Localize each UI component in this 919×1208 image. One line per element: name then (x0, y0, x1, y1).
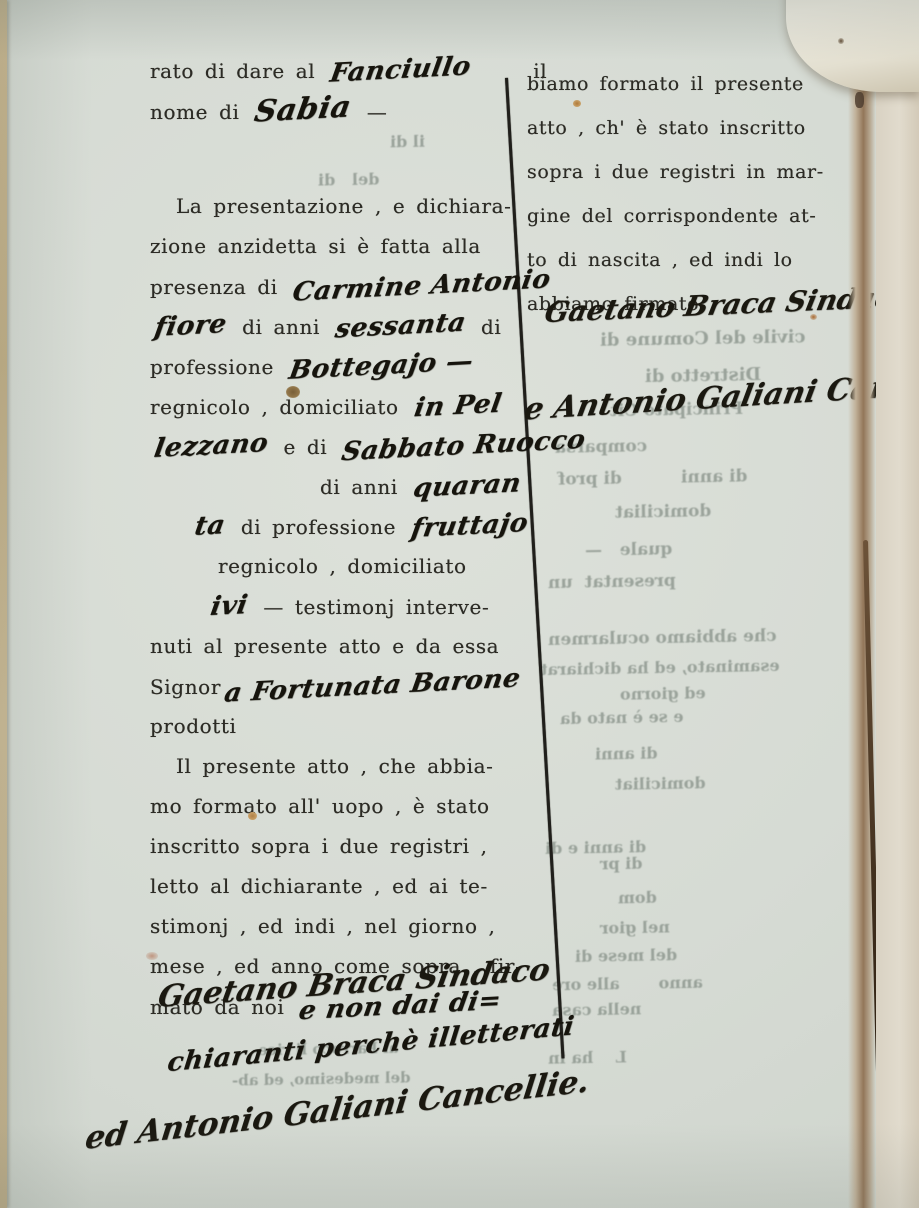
printed-text: biamo formato il presente (527, 73, 804, 95)
text-line: nome di Sabia — (150, 90, 512, 130)
bleedthrough-text: di anni di prof (558, 466, 748, 489)
handwritten-entry: ivi (208, 585, 251, 627)
printed-text: regnicolo , domiciliato (150, 395, 410, 419)
text-line: atto , ch' è stato inscritto (527, 106, 817, 150)
printed-text: Il presente atto , che abbia- (176, 754, 493, 778)
printed-text: sopra i due registri in mar- (527, 161, 824, 183)
left-column: rato di dare al Fanciulloilnome di Sabia… (150, 50, 512, 1066)
handwritten-entry: quaran (410, 463, 524, 509)
bleedthrough-text: anno alle ore (552, 973, 703, 995)
handwritten-entry: Sabia (252, 88, 355, 133)
text-line: fiore di anni sessanta di (150, 306, 512, 346)
gutter-crease (848, 0, 876, 1208)
handwritten-entry: in Pel (411, 384, 504, 428)
text-line: mo formato all' uopo , è stato (150, 786, 512, 826)
printed-text: prodotti (150, 714, 237, 738)
printed-text: La presentazione , e dichiara- (176, 194, 512, 218)
text-line: to di nascita , ed indi lo (527, 238, 817, 282)
handwritten-entry: Sabbato Ruocco (339, 420, 589, 473)
printed-text: stimonj , ed indi , nel giorno , (150, 914, 496, 938)
text-line: zione anzidetta si è fatta alla (150, 226, 512, 266)
printed-text: inscritto sopra i due registri , (150, 834, 488, 858)
bleedthrough-text: domiciliat (615, 773, 706, 794)
text-line: nuti al presente atto e da essa (150, 626, 512, 666)
text-line: professione Bottegajo — (150, 346, 512, 386)
bleedthrough-text: quale — (585, 539, 673, 561)
text-line: presenza di Carmine Antonio (150, 266, 512, 306)
text-line: ta di professione fruttajo (190, 506, 512, 546)
printed-text: regnicolo , domiciliato (218, 554, 467, 578)
text-line: regnicolo , domiciliato in Pel (150, 386, 512, 426)
handwritten-entry: fruttajo (408, 503, 531, 549)
register-page-photo: civile del Comune diDistretto diPrincipa… (0, 0, 919, 1208)
text-line: di anni quaran (320, 466, 512, 506)
handwritten-entry: Bottegajo — (286, 341, 476, 390)
text-line: sopra i due registri in mar- (527, 150, 817, 194)
bleedthrough-text: e se è nato da (560, 707, 684, 728)
printed-text: professione (150, 355, 285, 379)
text-line: gine del corrispondente at- (527, 194, 817, 238)
handwritten-entry: a Fortunata Barone (221, 658, 523, 713)
printed-text: rato di dare al (150, 59, 326, 83)
bleedthrough-text: ed giorno (620, 683, 706, 703)
printed-text: nome di (150, 100, 250, 124)
handwritten-entry: fiore (151, 304, 229, 348)
printed-text: zione anzidetta si è fatta alla (150, 234, 481, 258)
bleedthrough-text: che abbiamo ocularmen (548, 626, 777, 650)
bleedthrough-text: presentat un (548, 571, 676, 593)
printed-text: e di (273, 435, 339, 459)
handwritten-entry: Fanciullo (327, 46, 474, 93)
handwritten-entry: lezzano (151, 423, 271, 469)
text-line: chiaranti perchè illetterati (163, 1019, 512, 1072)
text-line: lezzano e di Sabbato Ruocco (150, 426, 512, 466)
printed-text: Signor (150, 675, 221, 699)
text-line: ivi — testimonj interve- (206, 586, 512, 626)
printed-text: to di nascita , ed indi lo (527, 249, 793, 271)
printed-text: — testimonj interve- (252, 595, 489, 619)
printed-text: di professione (230, 515, 407, 539)
printed-text: di (470, 315, 501, 339)
printed-text: letto al dichiarante , ed ai te- (150, 874, 488, 898)
printed-text: nuti al presente atto e da essa (150, 634, 499, 658)
text-line: biamo formato il presente (527, 62, 817, 106)
printed-text: mo formato all' uopo , è stato (150, 794, 490, 818)
bleedthrough-text: del mese di (575, 945, 677, 966)
left-page-edge (0, 0, 7, 1208)
text-line: letto al dichiarante , ed ai te- (150, 866, 512, 906)
printed-text: — (356, 100, 388, 124)
bleedthrough-text: civile del Comune di (600, 326, 806, 351)
bleedthrough-text: nel gior (600, 917, 670, 937)
text-line: La presentazione , e dichiara- (150, 186, 512, 226)
text-line: inscritto sopra i due registri , (150, 826, 512, 866)
bleedthrough-text: esaminato, ed ha dichiarat (540, 656, 780, 679)
printed-text: presenza di (150, 275, 289, 299)
printed-text: atto , ch' è stato inscritto (527, 117, 806, 139)
text-line: regnicolo , domiciliato (218, 546, 512, 586)
text-line: rato di dare al Fanciulloil (150, 50, 512, 90)
text-line: Signora Fortunata Barone (150, 666, 512, 706)
printed-text: di anni (320, 475, 409, 499)
bleedthrough-text: domiciliat (615, 501, 712, 523)
bleedthrough-text: dom (618, 888, 657, 908)
next-page-edge (876, 0, 919, 1208)
bleedthrough-text: di anni (595, 743, 658, 763)
bleedthrough-text: di pr (600, 854, 643, 874)
text-line: Il presente atto , che abbia- (150, 746, 512, 786)
text-line: prodotti (150, 706, 512, 746)
text-line: stimonj , ed indi , nel giorno , (150, 906, 512, 946)
printed-text: di anni (231, 315, 331, 339)
printed-text: gine del corrispondente at- (527, 205, 816, 227)
handwritten-entry: ta (192, 505, 229, 547)
